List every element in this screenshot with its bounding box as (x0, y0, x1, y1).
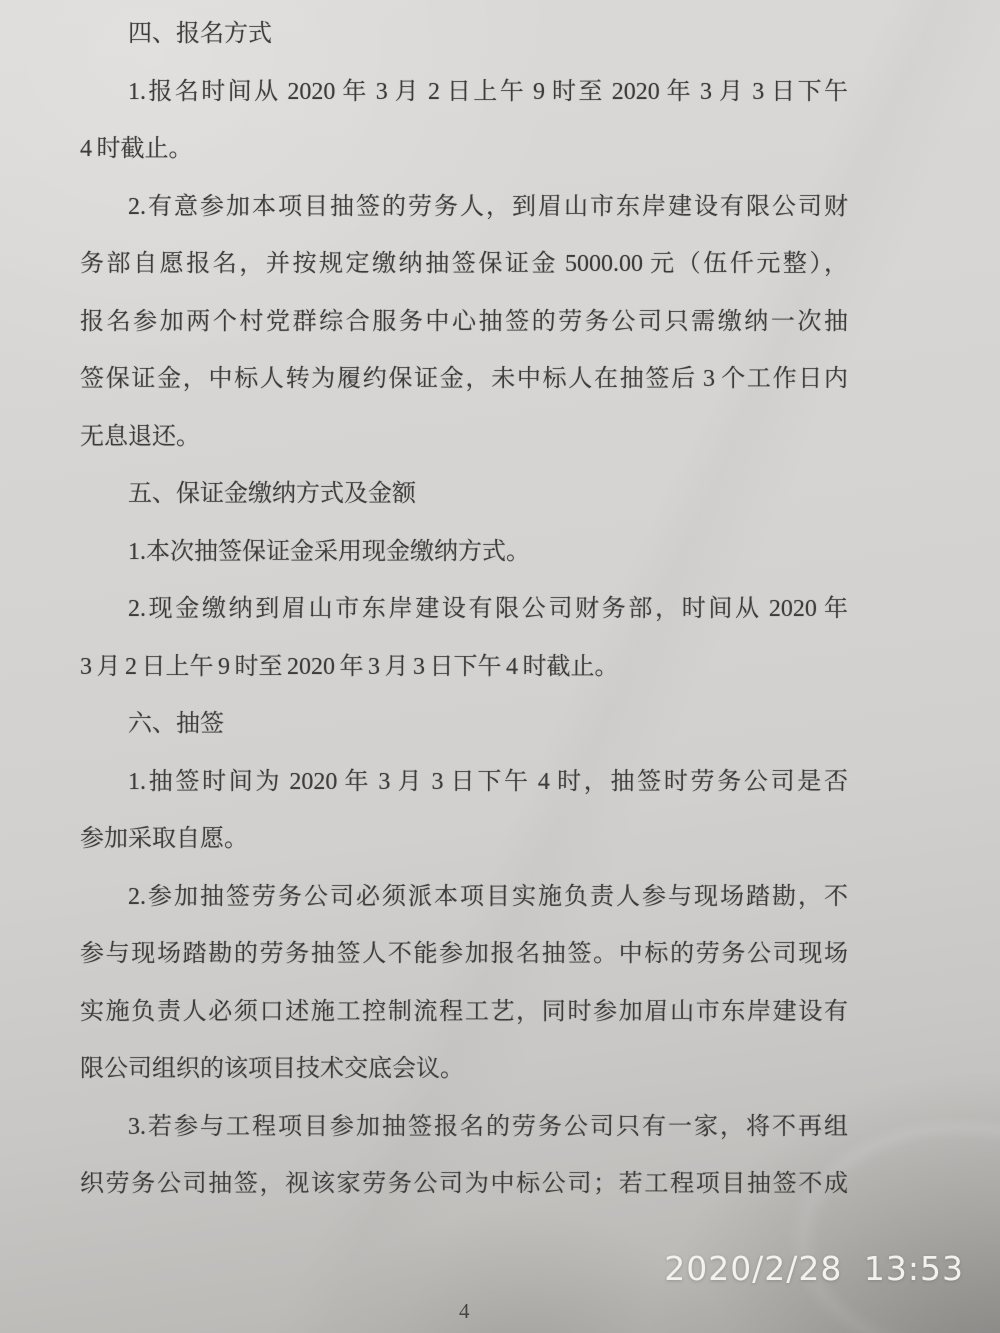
paragraph-line: 2.现金缴纳到眉山市东岸建设有限公司财务部，时间从 2020 年 (80, 581, 848, 639)
heading-line: 六、抽签 (80, 696, 848, 754)
paragraph-line: 务部自愿报名，并按规定缴纳抽签保证金 5000.00 元（伍仟元整）， (80, 236, 848, 294)
document-photo: 四、报名方式1.报名时间从 2020 年 3 月 2 日上午 9 时至 2020… (0, 0, 1000, 1333)
page-number: 4 (459, 1299, 470, 1324)
paragraph-line: 参与现场踏勘的劳务抽签人不能参加报名抽签。中标的劳务公司现场 (80, 926, 848, 984)
paragraph-line: 3.若参与工程项目参加抽签报名的劳务公司只有一家，将不再组 (80, 1099, 848, 1157)
paragraph-line: 签保证金，中标人转为履约保证金，未中标人在抽签后 3 个工作日内 (80, 351, 848, 409)
paragraph-line: 织劳务公司抽签，视该家劳务公司为中标公司；若工程项目抽签不成 (80, 1156, 848, 1214)
paragraph-line: 实施负责人必须口述施工控制流程工艺，同时参加眉山市东岸建设有 (80, 984, 848, 1042)
paragraph-line: 2.参加抽签劳务公司必须派本项目实施负责人参与现场踏勘，不 (80, 869, 848, 927)
paragraph-line: 1.本次抽签保证金采用现金缴纳方式。 (80, 524, 848, 582)
paragraph-line: 2.有意参加本项目抽签的劳务人，到眉山市东岸建设有限公司财 (80, 179, 848, 237)
paragraph-line: 1.抽签时间为 2020 年 3 月 3 日下午 4 时，抽签时劳务公司是否 (80, 754, 848, 812)
camera-timestamp: 2020/2/28 13:53 (664, 1249, 964, 1288)
paragraph-line: 1.报名时间从 2020 年 3 月 2 日上午 9 时至 2020 年 3 月… (80, 64, 848, 122)
document-text: 四、报名方式1.报名时间从 2020 年 3 月 2 日上午 9 时至 2020… (80, 6, 848, 1214)
heading-line: 四、报名方式 (80, 6, 848, 64)
heading-line: 五、保证金缴纳方式及金额 (80, 466, 848, 524)
paragraph-line: 报名参加两个村党群综合服务中心抽签的劳务公司只需缴纳一次抽 (80, 294, 848, 352)
